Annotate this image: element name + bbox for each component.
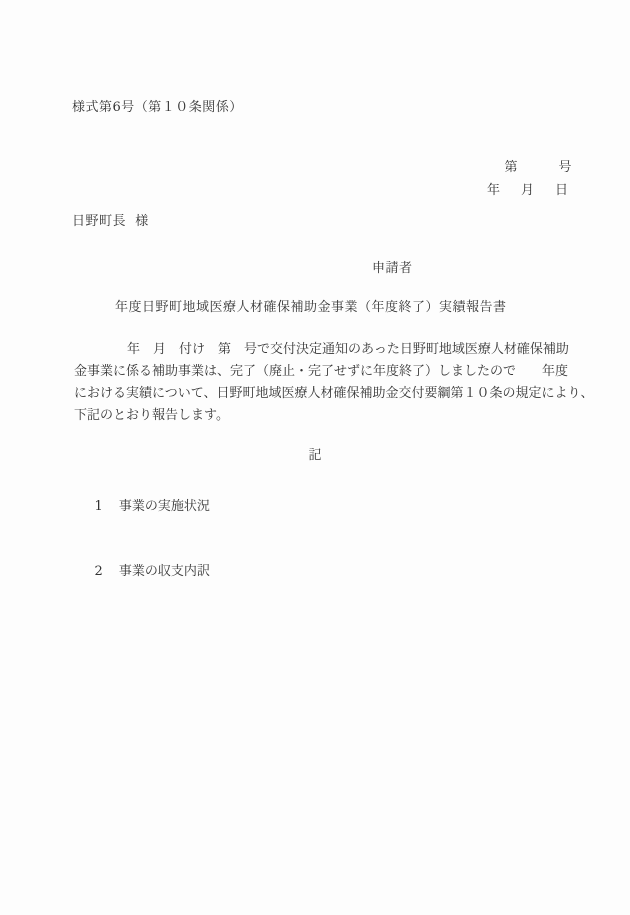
- form-number-label: 様式第6号（第１０条関係）: [72, 101, 243, 114]
- list-item: 1事業の実施状況: [78, 487, 210, 526]
- body-line: 下記のとおり報告します。: [74, 405, 574, 427]
- body-line: 金事業に係る補助事業は、完了（廃止・完了せずに年度終了）しましたので 年度: [74, 361, 574, 383]
- document-title: 年度日野町地域医療人材確保補助金事業（年度終了）実績報告書: [115, 301, 507, 314]
- addressee-line: 日野町長 様: [72, 215, 149, 228]
- list-item: 2事業の収支内訳: [78, 552, 210, 591]
- item-number: 1: [95, 499, 103, 514]
- document-page: 様式第6号（第１０条関係） 第 号 年 月 日 日野町長 様 申請者 年度日野町…: [0, 0, 630, 915]
- item-label: 事業の収支内訳: [119, 564, 210, 579]
- body-paragraph: 年 月 付け 第 号で交付決定通知のあった日野町地域医療人材確保補助 金事業に係…: [74, 339, 574, 427]
- ki-separator-label: 記: [0, 449, 630, 462]
- body-line: における実績について、日野町地域医療人材確保補助金交付要綱第１０条の規定により、: [74, 383, 574, 405]
- body-line: 年 月 付け 第 号で交付決定通知のあった日野町地域医療人材確保補助: [74, 339, 574, 361]
- document-number-line: 第 号: [504, 161, 572, 174]
- item-number: 2: [95, 564, 103, 579]
- date-line: 年 月 日: [487, 184, 572, 197]
- applicant-label: 申請者: [372, 262, 413, 275]
- item-label: 事業の実施状況: [119, 499, 210, 514]
